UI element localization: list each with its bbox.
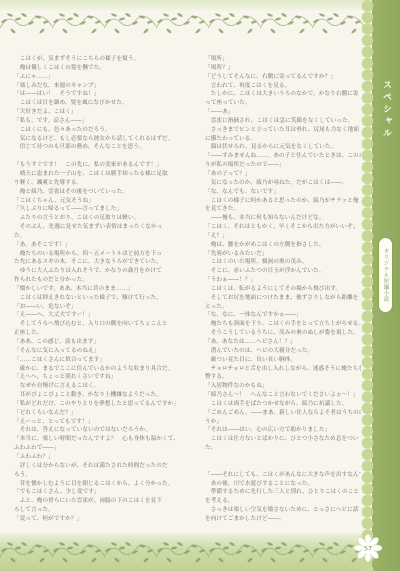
story-line: そこに、赤いふたつの目玉が浮かんでいた。 <box>205 267 361 276</box>
story-line: 潜んでいたのは、ヘビの大親分だった。 <box>205 347 361 356</box>
story-line: 「――それにしても、こはくがあんなに大きな声を出すなんて」 <box>205 471 361 480</box>
story-line: 「場所？」 <box>205 64 361 73</box>
story-line: 「綾乃さん〜！ へんなこと言わないでくださいよぉ〜！」 <box>205 391 361 400</box>
story-line: そしてうろへ飛び込むと、入り口の側を向いてちょこんと <box>14 320 200 329</box>
story-line: 「あ、あなたは……ヘビさん！？」 <box>205 338 361 347</box>
story-line: 「あの子って？」 <box>205 170 361 179</box>
story-line: 「先客がいるみたいだ」 <box>205 250 361 259</box>
story-line: 「どうしてそんなに、右側に寄ってるんですか？」 <box>205 73 361 82</box>
story-line: 正座した。 <box>14 329 200 338</box>
story-line: 「私も、です。涼さん――」 <box>14 117 200 126</box>
story-line: こはくは目を細め、髪を風になびかせた。 <box>14 99 200 108</box>
story-line: 気になるけど、もし必要なら彼女から話してくれるはずだ。 <box>14 135 200 144</box>
story-line: さっきまでピンと立っていた耳は垂れ、尻尾も力なく地面 <box>205 126 361 135</box>
story-line: 気になったのか、綾乃が尋ねた。だがこはくは――、 <box>205 179 361 188</box>
bottom-border-decoration <box>0 533 400 571</box>
story-line: 「私がどれだけ、このやりとりを夢想したと思ってるんですか」 <box>14 400 200 409</box>
story-line: うか」 <box>205 418 361 427</box>
story-line: 瞥する。 <box>205 373 361 382</box>
story-line: た。 <box>205 444 361 453</box>
story-line: ふたりの言うとおり、こはくの足取りは軽い。 <box>14 214 200 223</box>
story-line <box>205 462 361 471</box>
story-line: 俺たちのいる場所から、四〜五メートルほど前方を下っ <box>14 250 200 259</box>
story-line: 作られたものだと分かった。 <box>14 276 200 285</box>
story-line: 「入居物件なのかもね」 <box>205 382 361 391</box>
story-line: ふと、俺の傍らにいた雲雀が、両脇の下のこはくを見下 <box>14 497 200 506</box>
story-line: 「ふわふわ？」 <box>14 453 200 462</box>
story-line: それは、答えになっていないのではないだろうか。 <box>14 426 200 435</box>
story-line: 「もうすぐです！ この先に、私の実家があるんです！」 <box>14 161 200 170</box>
lace-scallop-edge <box>361 0 374 571</box>
story-line: 「え――へ、大丈夫ですー！」 <box>14 311 200 320</box>
story-line: こはくの様子に何かあると思ったのか、綾乃がチラッと俺 <box>205 197 361 206</box>
story-line: 「懐かしいです。ああ、本当に昔のまま……」 <box>14 285 200 294</box>
story-line: そのぶん、先週に見せた気まずい表情はまったくなかっ <box>14 223 200 232</box>
story-line: を見てきた。 <box>205 205 361 214</box>
story-line: 俺は、腰をかがめこはくの左側を指さした。 <box>205 241 361 250</box>
story-line: って座っていた。 <box>205 99 361 108</box>
story-line: 顔は伏せられ、見るからに元気をなくしていた。 <box>205 143 361 152</box>
story-line: チョロチョロと舌を出し入れしながら、迷惑そうに俺たちを一 <box>205 365 361 374</box>
story-line: 詳しくは分からないが、それは満たされた時間だったのだ <box>14 462 200 471</box>
story-line: 準備するために先行した三人と別れ、ひとりこはくのこと <box>205 488 361 497</box>
story-line: 「どれくらいなんだ？」 <box>14 409 200 418</box>
vine-pattern-icon <box>0 4 372 46</box>
story-line: ろして言った。 <box>14 506 200 515</box>
story-column-left: こはくが、気まずそうにこちらの様子を窺う。 俺は優しくこはくの髪を撫でた。「ふに… <box>14 55 200 527</box>
story-line: 「楽しみだな、来週のキャンプ」 <box>14 82 200 91</box>
story-line: 「こはくちゃん、元気そうね」 <box>14 197 200 206</box>
story-line: 確かに、まるでここに住んでいるかのような収まり具合だ。 <box>14 365 200 374</box>
story-line: 「でもこはくさん、少し変です」 <box>14 488 200 497</box>
vine-pattern-icon <box>0 533 400 571</box>
story-line: あの後、川で水遊びすることになった。 <box>205 480 361 489</box>
story-line: 「久しぶりに帰るって――言ってました」 <box>14 205 200 214</box>
story-line: 「場所」 <box>205 55 361 64</box>
top-border-decoration <box>0 4 372 46</box>
story-line: 「お――い、危ないぞ」 <box>14 303 200 312</box>
story-line: ――俺も、本当に何も知らないんだけどな。 <box>205 214 361 223</box>
story-line: 「そんなに気に入ってるのねえ」 <box>14 347 200 356</box>
story-line: を考える。 <box>205 497 361 506</box>
section-label: オリジナル短編小説 <box>382 248 390 302</box>
story-line: 耳がぴょこぴょこと動き、かなり上機嫌なようだった。 <box>14 391 200 400</box>
story-line: 晴天に恵まれた一子山を、こはくは勝手知ったる様に足取 <box>14 170 200 179</box>
story-line: り軽く、颯爽と先導する。 <box>14 179 200 188</box>
story-line: 「……こはくさんに似合ってます」 <box>14 356 200 365</box>
story-line: 「あ、あそこです！」 <box>14 241 200 250</box>
story-line: 「ああ、この感じ。涙も出ます」 <box>14 338 200 347</box>
story-line: 俺たちも斜面を下り、こはくの手をとって立ち上がらせる。 <box>205 320 361 329</box>
story-line: た。 <box>14 232 200 241</box>
story-line: 「こはく、それはともかく、早くそこから出た方がいいぞ」 <box>205 223 361 232</box>
story-line: 「えへへ、ちょっと照れくさいですね」 <box>14 373 200 382</box>
story-line: 「ごめんごめん。――まあ、新しい住人ならよそ者はうちのほ <box>205 409 361 418</box>
story-line: こはくが、気まずそうにこちらの様子を窺う。 <box>14 55 200 64</box>
story-line: に横たわっている。 <box>205 135 361 144</box>
story-line: そうこうしているうちに、茂みの奥のぬしが姿を現した。 <box>205 329 361 338</box>
story-line: 「本当に、楽しい時間だったんですよ？ 心も身体も温かくて、 <box>14 435 200 444</box>
story-line: こはくにも、色々あったのだろう。 <box>14 126 200 135</box>
story-line: ろう。 <box>14 471 200 480</box>
story-line: 「え？」 <box>205 232 361 241</box>
story-line: を向けてごまかしたけど――。 <box>205 515 361 524</box>
story-line: 「それは――はい、心の広い方で助かりました」 <box>205 426 361 435</box>
story-line: 「えーっと、とってもです！」 <box>14 418 200 427</box>
story-line: さっきは楽しい空気を壊さないために、とっさにヘビに話 <box>205 506 361 515</box>
story-line: 俺と綾乃、雲雀はその後をついていった。 <box>14 188 200 197</box>
book-page: こはくが、気まずそうにこちらの様子を窺う。 俺は優しくこはくの髪を撫でた。「ふに… <box>0 0 400 571</box>
story-line: 「大好きだよ、こはく」 <box>14 108 200 117</box>
story-line: 「な、なんでも、ないです」 <box>205 188 361 197</box>
story-line: こはくは両手をばたつかせながら、綾乃に抗議した。 <box>205 400 361 409</box>
story-line: ふわふわで――」 <box>14 444 200 453</box>
story-line: 昔を懐かしむように目を閉じるこはくから、よく分かった。 <box>14 480 200 489</box>
story-line: たしかに、こはくは大きいうろのなかで、かなり右側に寄 <box>205 90 361 99</box>
story-line <box>14 152 200 161</box>
story-line: ゆうに大人ふたりは入れそうで、かなりの歳月をかけて <box>14 267 200 276</box>
story-line: りが私の場所だったので――」 <box>205 161 361 170</box>
story-line: 俺は優しくこはくの髪を撫でた。 <box>14 64 200 73</box>
story-line: 雲雀に指摘され、こはくは急に笑顔をなくしていった。 <box>205 117 361 126</box>
tab-special-label: スペシャル <box>380 80 393 140</box>
story-line: 「変って、何がですか？」 <box>14 515 200 524</box>
story-line: そしてお尻を地面につけたまま、後ずさりしながら距離を <box>205 294 361 303</box>
page-number-flower-icon: 57 <box>354 533 382 563</box>
story-line: 「は――はい！ そうですね！」 <box>14 90 200 99</box>
story-line: こはくのいた場所、樹洞の奥の茂み。 <box>205 258 361 267</box>
story-line <box>205 453 361 462</box>
story-line: とった。 <box>205 303 361 312</box>
story-line: 「うわぁ――！？」 <box>205 276 361 285</box>
story-line: 「――あ」 <box>205 108 361 117</box>
story-line: こはくは、転がるようにしてその場から飛び出す。 <box>205 285 361 294</box>
section-label-pill: オリジナル短編小説 <box>379 238 392 312</box>
story-line: なぜか自慢げに言えるこはく。 <box>14 382 200 391</box>
story-line: 信じて待つのも旦那の務め、そんなことを思う。 <box>14 143 200 152</box>
story-line: 厳つい見た目に、長い長い胴体。 <box>205 356 361 365</box>
story-line: 言われて、再度こはくを見る。 <box>205 82 361 91</box>
story-column-right: 「場所」「場所？」「どうしてそんなに、右側に寄ってるんですか？」 言われて、再度… <box>205 55 361 527</box>
story-line: こはくは抑えきれないといった様子で、駆けて行った。 <box>14 294 200 303</box>
story-line: 「な、なに、一体なんですかぁ――」 <box>205 311 361 320</box>
story-line: 「ふにゃ……」 <box>14 73 200 82</box>
story-line: こはくは仕方ないとばかりに、ひとつ小さなため息をつい <box>205 435 361 444</box>
page-number: 57 <box>364 544 372 552</box>
story-line: 「――すみませんね……。あの子と住んでいたときは、このあた <box>205 152 361 161</box>
story-line: た先にあるスギの木。そこに、大きなうろができていた。 <box>14 258 200 267</box>
